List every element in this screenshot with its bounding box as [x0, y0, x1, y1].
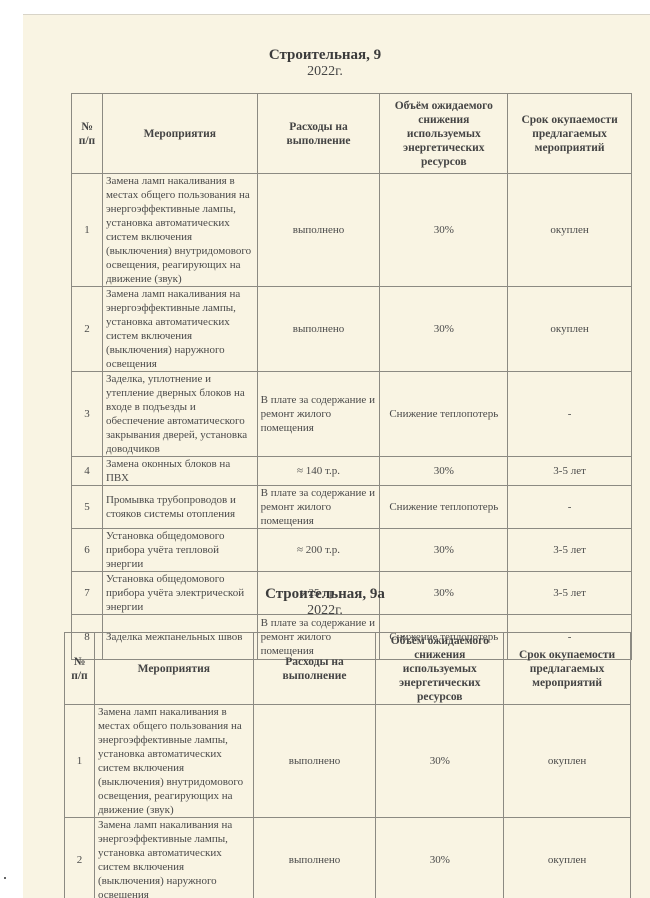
cost-cell: ≈ 140 т.р. — [257, 457, 380, 486]
row-number: 4 — [72, 457, 103, 486]
reduction-cell: Снижение теплопотерь — [380, 486, 508, 529]
section-1-year: 2022г. — [0, 64, 650, 80]
measure-cell: Промывка трубопроводов и стояков системы… — [102, 486, 257, 529]
table-row: 5Промывка трубопроводов и стояков систем… — [72, 486, 632, 529]
header-payback: Срок окупаемости предлагаемых мероприяти… — [504, 633, 631, 705]
row-number: 1 — [72, 174, 103, 287]
row-number: 2 — [65, 818, 95, 898]
measure-cell: Замена ламп накаливания в местах общего … — [94, 705, 253, 818]
header-measure: Мероприятия — [94, 633, 253, 705]
section-1-title: Строительная, 9 — [0, 47, 650, 64]
reduction-cell: 30% — [380, 287, 508, 372]
scan-speck — [4, 877, 6, 879]
table-row: 6Установка общедомового прибора учёта те… — [72, 529, 632, 572]
measure-cell: Заделка, уплотнение и утепление дверных … — [102, 372, 257, 457]
measure-cell: Замена ламп накаливания на энергоэффекти… — [94, 818, 253, 898]
section-1-table: № п/п Мероприятия Расходы на выполнение … — [71, 93, 632, 660]
header-payback: Срок окупаемости предлагаемых мероприяти… — [508, 94, 632, 174]
table-row: 1Замена ламп накаливания в местах общего… — [72, 174, 632, 287]
section-2-title: Строительная, 9а — [0, 586, 650, 603]
cost-cell: выполнено — [253, 705, 376, 818]
payback-cell: окуплен — [504, 705, 631, 818]
header-number: № п/п — [72, 94, 103, 174]
header-reduction: Объём ожидаемого снижения используемых э… — [376, 633, 504, 705]
payback-cell: окуплен — [508, 174, 632, 287]
table-row: 4Замена оконных блоков на ПВХ≈ 140 т.р.3… — [72, 457, 632, 486]
cost-cell: выполнено — [253, 818, 376, 898]
measure-cell: Замена оконных блоков на ПВХ — [102, 457, 257, 486]
table-row: 1Замена ламп накаливания в местах общего… — [65, 705, 631, 818]
table-row: 3Заделка, уплотнение и утепление дверных… — [72, 372, 632, 457]
measure-cell: Замена ламп накаливания в местах общего … — [102, 174, 257, 287]
header-reduction: Объём ожидаемого снижения используемых э… — [380, 94, 508, 174]
measure-cell: Установка общедомового прибора учёта теп… — [102, 529, 257, 572]
section-2-year: 2022г. — [0, 603, 650, 619]
row-number: 5 — [72, 486, 103, 529]
row-number: 2 — [72, 287, 103, 372]
cost-cell: выполнено — [257, 287, 380, 372]
row-number: 6 — [72, 529, 103, 572]
cost-cell: ≈ 200 т.р. — [257, 529, 380, 572]
payback-cell: окуплен — [508, 287, 632, 372]
reduction-cell: 30% — [380, 457, 508, 486]
reduction-cell: 30% — [380, 529, 508, 572]
measure-cell: Замена ламп накаливания на энергоэффекти… — [102, 287, 257, 372]
payback-cell: окуплен — [504, 818, 631, 898]
table-row: 2Замена ламп накаливания на энергоэффект… — [65, 818, 631, 898]
reduction-cell: 30% — [376, 705, 504, 818]
reduction-cell: 30% — [376, 818, 504, 898]
row-number: 3 — [72, 372, 103, 457]
header-number: № п/п — [65, 633, 95, 705]
header-cost: Расходы на выполнение — [253, 633, 376, 705]
header-measure: Мероприятия — [102, 94, 257, 174]
cost-cell: В плате за содержание и ремонт жилого по… — [257, 372, 380, 457]
reduction-cell: 30% — [380, 174, 508, 287]
row-number: 1 — [65, 705, 95, 818]
payback-cell: - — [508, 372, 632, 457]
payback-cell: - — [508, 486, 632, 529]
section-2-table: № п/п Мероприятия Расходы на выполнение … — [64, 632, 631, 898]
header-cost: Расходы на выполнение — [257, 94, 380, 174]
table-row: 2Замена ламп накаливания на энергоэффект… — [72, 287, 632, 372]
reduction-cell: Снижение теплопотерь — [380, 372, 508, 457]
cost-cell: выполнено — [257, 174, 380, 287]
cost-cell: В плате за содержание и ремонт жилого по… — [257, 486, 380, 529]
payback-cell: 3-5 лет — [508, 457, 632, 486]
payback-cell: 3-5 лет — [508, 529, 632, 572]
